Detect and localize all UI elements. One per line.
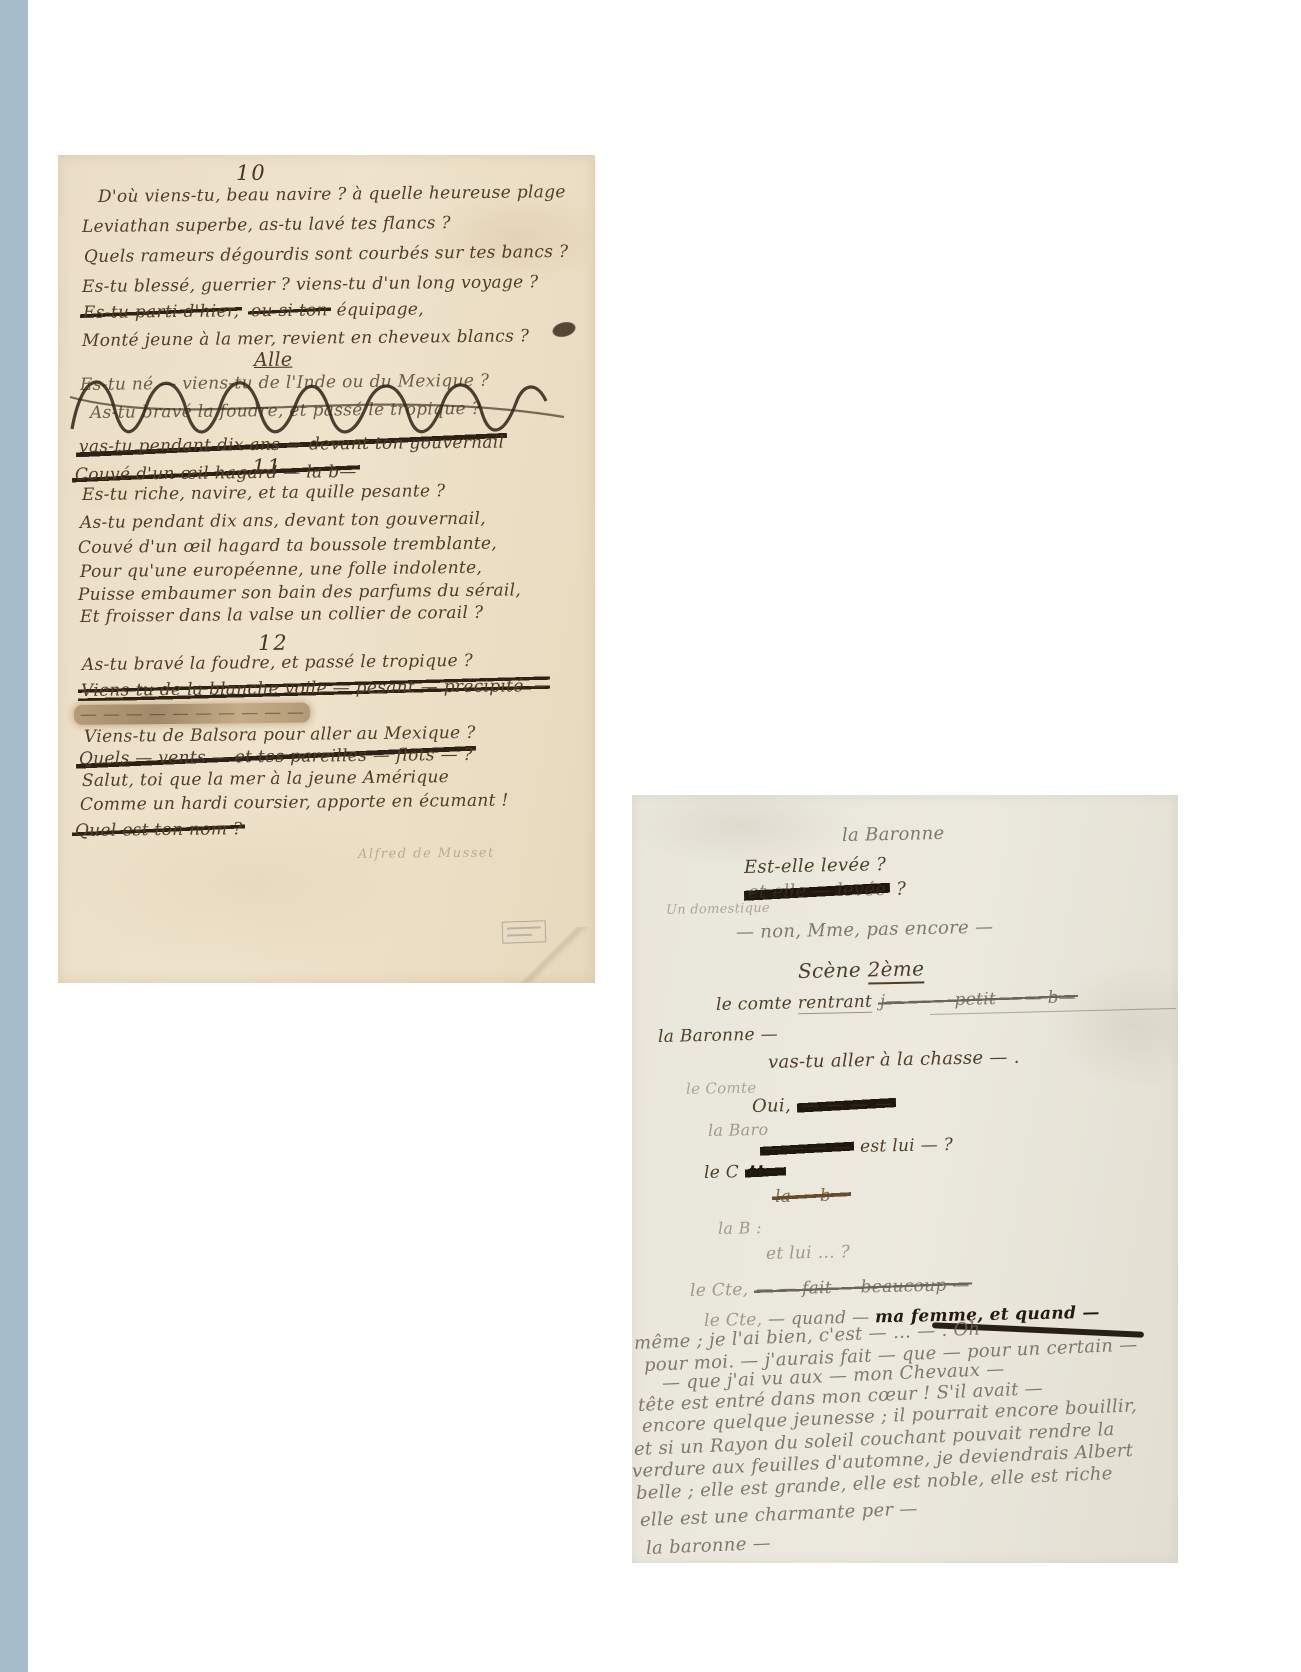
verse-line: Pour qu'une européenne, une folle indole… — [80, 558, 482, 582]
kept-text: équipage, — [336, 299, 424, 320]
speaker-label: la Baro — [708, 1120, 769, 1140]
verse-line: Couvé d'un œil hagard ta boussole trembl… — [78, 534, 497, 558]
struck-verse-line: Quel est ton nom ? — [72, 819, 246, 841]
verse-line: As-tu bravé la foudre, et passé le tropi… — [82, 651, 473, 675]
speaker-label: le Comte — [686, 1079, 757, 1098]
struck-line: la — b— — [772, 1185, 852, 1207]
verse-line: Puisse embaumer son bain des parfums du … — [78, 580, 521, 605]
manuscript-page-2: la Baronne Est-elle levée ? et elle — le… — [632, 795, 1178, 1563]
dialogue-line: — non, Mme, pas encore — — [736, 917, 994, 943]
scene-heading: Scène 2ème — [798, 956, 925, 983]
verse-line: Quels rameurs dégourdis sont courbés sur… — [84, 242, 569, 267]
verse-line: Salut, toi que la mer à la jeune Amériqu… — [82, 767, 449, 791]
verse-line: Es-tu riche, navire, et ta quille pesant… — [82, 481, 446, 505]
struck-text: Es-tu parti d'hier, — [80, 301, 242, 323]
faint-signature: Alfred de Musset — [358, 846, 495, 862]
blue-margin-stripe — [0, 0, 28, 1672]
speaker-label: la B : — [718, 1218, 762, 1238]
speaker-label: la Baronne — — [658, 1024, 778, 1047]
verse-line: Viens-tu de Balsora pour aller au Mexiqu… — [84, 723, 476, 747]
speaker-label: le C tt— — [704, 1161, 787, 1183]
struck-verse-line: vas-tu pendant dix ans — devant ton gouv… — [76, 432, 507, 457]
speaker-label: la baronne — — [646, 1533, 772, 1559]
struck-verse-line: Viens-tu de la blanche voile — pesant — … — [78, 676, 550, 701]
verse-line: Leviathan superbe, as-tu lavé tes flancs… — [82, 213, 451, 237]
verse-line: As-tu pendant dix ans, devant ton gouver… — [80, 509, 486, 533]
verse-line: Et froisser dans la valse un collier de … — [80, 603, 484, 627]
scanned-document: 10 D'où viens-tu, beau navire ? à quelle… — [0, 0, 1301, 1672]
dialogue-line: Est-elle levée ? — [744, 854, 887, 878]
scene-title: la Baronne — [842, 823, 945, 846]
dialogue-line: — — — — est lui — ? — [760, 1135, 953, 1159]
verse-line: D'où viens-tu, beau navire ? à quelle he… — [98, 182, 566, 207]
struck-verse-line: Quels — vents — et tes pareilles — flots… — [76, 745, 476, 769]
smeared-verse-line: — — — — — — — — — — — [74, 703, 311, 725]
verse-line: Monté jeune à la mer, revient en cheveux… — [82, 326, 529, 351]
margin-scribble — [548, 318, 579, 341]
collection-stamp — [502, 920, 547, 944]
verse-line: Es-tu blessé, guerrier ? viens-tu d'un l… — [82, 272, 539, 297]
stanza-number-10: 10 — [236, 161, 267, 185]
verse-line: Comme un hardi coursier, apporte en écum… — [80, 791, 509, 815]
verse-line-with-corrections: Es-tu parti d'hier, ou si ton équipage, — [80, 299, 424, 323]
dialogue-line: et lui … ? — [766, 1242, 850, 1264]
speaker-and-struck-line: le Cte, — — fait — beaucoup — — [690, 1275, 972, 1301]
manuscript-page-1: 10 D'où viens-tu, beau navire ? à quelle… — [58, 155, 595, 983]
struck-dialogue-line: et elle — levée ? — [744, 879, 907, 903]
stanza-number-11: 11 — [252, 455, 283, 479]
speaker-label: Un domestique — [666, 901, 770, 918]
draft-line: elle est une charmante per — — [640, 1498, 918, 1531]
dialogue-line: vas-tu aller à la chasse — . — [768, 1047, 1020, 1073]
dialogue-line: Oui, — — — — — [752, 1093, 897, 1117]
struck-text: ou si ton — [248, 300, 331, 321]
stanza-number-12: 12 — [258, 631, 289, 655]
